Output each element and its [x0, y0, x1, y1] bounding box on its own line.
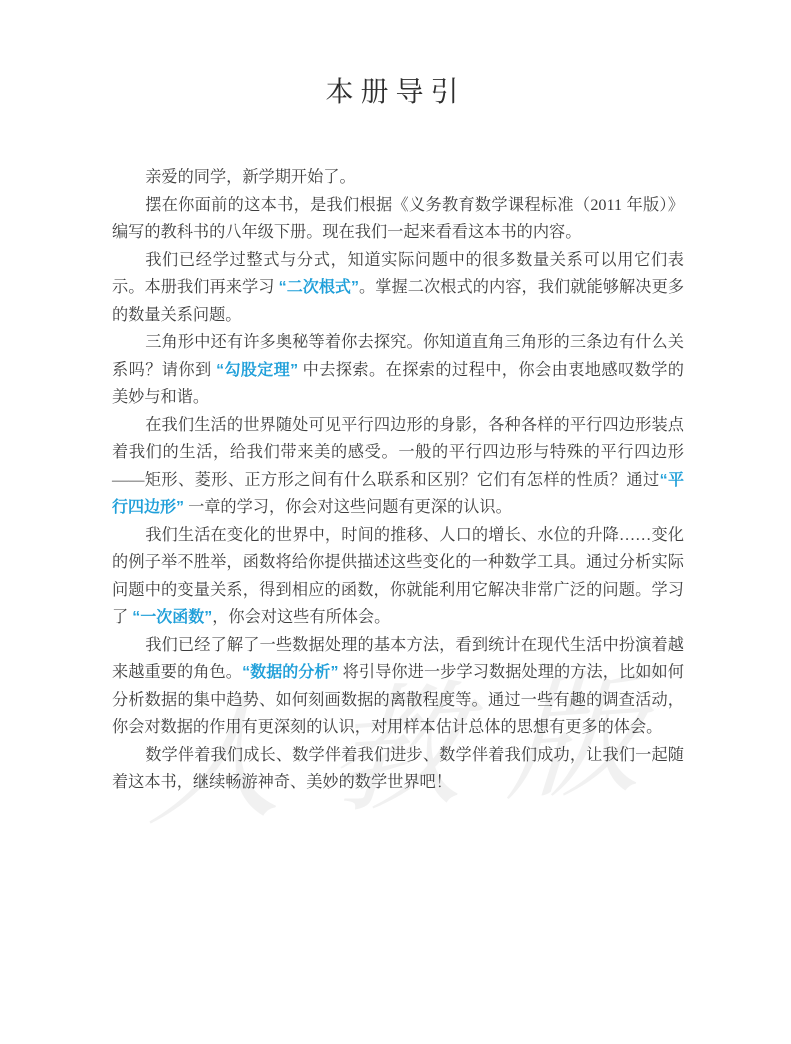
paragraph: 在我们生活的世界随处可见平行四边形的身影，各种各样的平行四边形装点着我们的生活，… [112, 412, 684, 522]
text-segment: ，你会对这些有所体会。 [212, 608, 390, 626]
paragraph: 三角形中还有许多奥秘等着你去探究。你知道直角三角形的三条边有什么关系吗？请你到 … [112, 329, 684, 412]
paragraph: 亲爱的同学，新学期开始了。 [112, 164, 684, 192]
highlighted-term: “一次函数” [132, 609, 212, 626]
body-paragraphs: 亲爱的同学，新学期开始了。摆在你面前的这本书，是我们根据《义务教育数学课程标准（… [112, 164, 684, 797]
highlighted-term: “二次根式” [279, 279, 359, 296]
paragraph: 我们已经学过整式与分式，知道实际问题中的很多数量关系可以用它们表示。本册我们再来… [112, 247, 684, 330]
highlighted-term: “数据的分析” [242, 664, 338, 681]
text-segment: 亲爱的同学，新学期开始了。 [145, 168, 355, 186]
page-title: 本册导引 [0, 70, 791, 110]
highlighted-term: “勾股定理” [216, 362, 298, 379]
paragraph: 我们生活在变化的世界中，时间的推移、人口的增长、水位的升降……变化的例子举不胜举… [112, 522, 684, 632]
text-segment: 一章的学习，你会对这些问题有更深的认识。 [184, 498, 512, 516]
text-segment: 数学伴着我们成长、数学伴着我们进步、数学伴着我们成功，让我们一起随着这本书，继续… [112, 746, 684, 792]
text-segment: 在我们生活的世界随处可见平行四边形的身影，各种各样的平行四边形装点着我们的生活，… [112, 416, 684, 489]
text-segment: 摆在你面前的这本书，是我们根据《义务教育数学课程标准（2011 年版）》编写的教… [112, 196, 684, 242]
document-page: 人教版 本册导引 亲爱的同学，新学期开始了。摆在你面前的这本书，是我们根据《义务… [0, 0, 791, 1044]
paragraph: 摆在你面前的这本书，是我们根据《义务教育数学课程标准（2011 年版）》编写的教… [112, 192, 684, 247]
paragraph: 数学伴着我们成长、数学伴着我们进步、数学伴着我们成功，让我们一起随着这本书，继续… [112, 742, 684, 797]
paragraph: 我们已经了解了一些数据处理的基本方法，看到统计在现代生活中扮演着越来越重要的角色… [112, 632, 684, 742]
